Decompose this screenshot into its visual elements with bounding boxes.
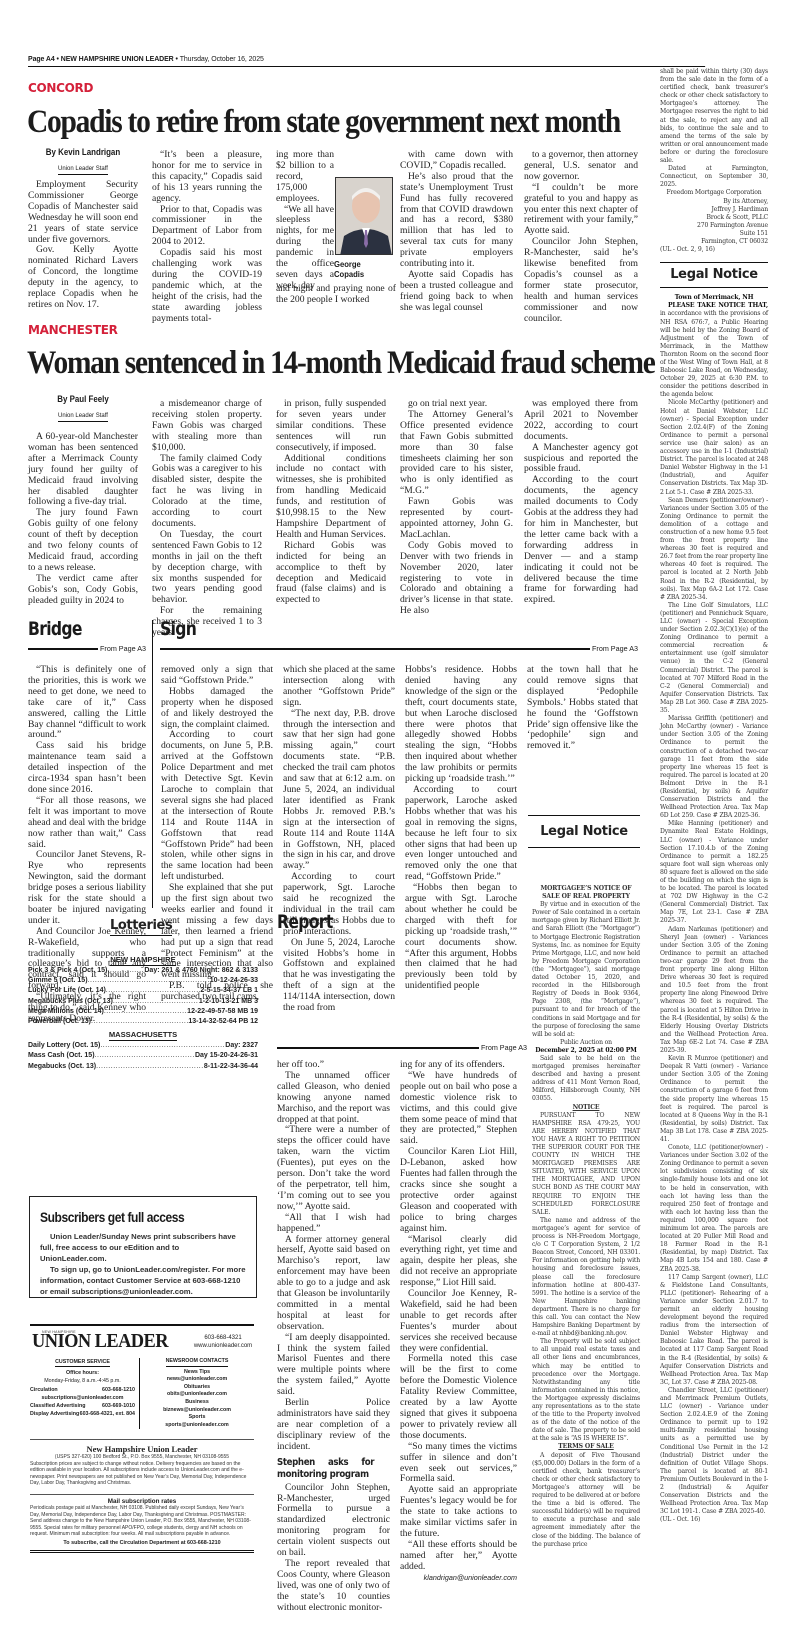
sign-title: Sign — [160, 618, 196, 640]
lottery-row: Powerball (Oct. 13)13-14-32-52-64 PB 12 — [28, 1017, 258, 1027]
paper-name: NEW HAMPSHIRE UNION LEADER — [61, 54, 174, 63]
story2-kicker: MANCHESTER — [28, 323, 118, 337]
subscribers-title: Subscribers get full access — [40, 1209, 217, 1225]
lotteries-title: Lotteries — [110, 918, 172, 936]
reporter-email[interactable]: klandrigan@unionleader.com — [400, 1573, 517, 1584]
report-col2: ing for any of its offenders. “We have h… — [400, 1060, 517, 1584]
page-folio: Page A4 • NEW HAMPSHIRE UNION LEADER • T… — [28, 54, 705, 67]
customer-service: CUSTOMER SERVICE Office hours: Monday-Fr… — [30, 1358, 140, 1429]
story1-kicker: CONCORD — [28, 81, 93, 95]
report-title: Report — [277, 911, 333, 933]
auction-date: December 2, 2025 at 02:00 PM — [532, 1047, 640, 1055]
story2-byline: By Paul Feely Union Leader Staff — [28, 394, 138, 422]
lotteries-table: NEW HAMPSHIRE Pick 3 & Pick 4 (Oct. 15)D… — [28, 952, 258, 1072]
publisher-name: New Hampshire Union Leader — [30, 1444, 254, 1454]
legal-right-column: shall be paid within thirty (30) days fr… — [660, 68, 768, 1525]
legal-notice-header: Legal Notice — [660, 262, 768, 288]
story1-col5: to a governor, then attorney general, U.… — [524, 150, 638, 325]
story1-byline: By Kevin Landrigan Union Leader Staff — [28, 147, 138, 175]
story2-headline: Woman sentenced in 14-month Medicaid fra… — [27, 345, 655, 382]
lottery-row: Gimme 5 (Oct. 15)10-12-24-26-33 — [28, 976, 258, 986]
sign-col2: which she placed at the same intersectio… — [283, 665, 395, 1014]
story2-col3: in prison, fully suspended for seven yea… — [276, 399, 386, 606]
subscribers-box: Subscribers get full access Union Leader… — [29, 1196, 257, 1298]
bridge-title: Bridge — [28, 618, 82, 640]
masthead: NEW HAMPSHIRE UNION LEADER 603-668-4321 … — [30, 1328, 254, 1553]
story2-col1: A 60-year-old Manchester woman has been … — [28, 432, 138, 607]
email-link[interactable]: biznews@unionleader.com — [140, 1407, 254, 1415]
copadis-photo — [335, 177, 393, 255]
website-link[interactable]: www.unionleader.com — [192, 1342, 254, 1350]
lottery-row: Daily Lottery (Oct. 15)Day: 2327 — [28, 1041, 258, 1051]
sign-col4: at the town hall that he could remove si… — [527, 665, 638, 752]
report-subhead: Stephen asks for monitoring program — [277, 1457, 374, 1481]
main-phone: 603-668-4321 — [192, 1334, 254, 1342]
issue-date: Thursday, October 16, 2025 — [180, 54, 264, 63]
story2-col2: a misdemeanor charge of receiving stolen… — [152, 399, 262, 639]
lottery-row: Mega Millions (Oct. 14)12-22-49-57-58 MB… — [28, 1007, 258, 1017]
bridge-jump-line: From Page A3 — [28, 644, 146, 653]
report-col1: her off too.” The unnamed officer called… — [277, 1060, 390, 1614]
lottery-row: Megabucks (Oct. 13)8-11-22-34-36-44 — [28, 1062, 258, 1072]
rule — [28, 648, 98, 650]
divider — [30, 1324, 254, 1326]
email-link[interactable]: obits@unionleader.com — [140, 1391, 254, 1399]
sign-jump-line: From Page A3 — [160, 644, 638, 653]
story1-col1: Employment Security Commissioner George … — [28, 180, 138, 311]
photo-caption: George Copadis — [334, 259, 390, 279]
story1-headline: Copadis to retire from state government … — [27, 104, 620, 141]
legal-notice-header-2: Legal Notice — [528, 815, 640, 848]
story1-col3: ing more than $2 billion to a record, 17… — [276, 150, 334, 292]
portrait-image — [336, 178, 393, 255]
story1-col2: “It’s been a pleasure, honor for me to s… — [152, 150, 262, 325]
union-leader-logo: UNION LEADER — [32, 1330, 168, 1353]
email-link[interactable]: news@unionleader.com — [140, 1376, 254, 1384]
lottery-row: Pick 3 & Pick 4 (Oct. 15)Day: 261 & 4760… — [28, 966, 258, 976]
story2-col4: go on trial next year. The Attorney Gene… — [400, 399, 513, 617]
lottery-row: Megabucks Plus (Oct. 13)1-2-10-13-21 MB … — [28, 997, 258, 1007]
report-jump-line: From Page A3 — [277, 1043, 527, 1052]
newsroom-contacts: NEWSROOM CONTACTS News Tips news@unionle… — [140, 1358, 254, 1429]
lottery-row: Lucky For Life (Oct. 14)2-5-15-34-37 LB … — [28, 986, 258, 996]
double-rule — [30, 1550, 254, 1553]
email-link[interactable]: sports@unionleader.com — [140, 1422, 254, 1430]
story2-col5: was employed there from April 2021 to No… — [524, 399, 638, 606]
town-name: Town of Merrimack, NH — [660, 294, 768, 302]
page-number: Page A4 — [28, 54, 55, 63]
sign-col3: Hobbs’s residence. Hobbs denied having a… — [405, 665, 517, 992]
rule — [277, 1047, 479, 1049]
rule — [160, 648, 590, 650]
column-divider — [152, 620, 153, 908]
story1-col4: with came down with COVID,” Copadis reca… — [400, 150, 513, 314]
state-heading-ma: MASSACHUSETTS — [28, 1030, 258, 1039]
lottery-row: Mass Cash (Oct. 15)Day 15-20-24-26-31 — [28, 1051, 258, 1061]
subscriptions-email[interactable]: subscriptions@unionleader.com — [30, 1394, 135, 1402]
state-heading-nh: NEW HAMPSHIRE — [28, 955, 258, 964]
story1-col3-end: and night and praying none of the 200 pe… — [276, 284, 396, 306]
mortgage-notice: MORTGAGEE’S NOTICE OF SALE OF REAL PROPE… — [532, 885, 640, 1549]
